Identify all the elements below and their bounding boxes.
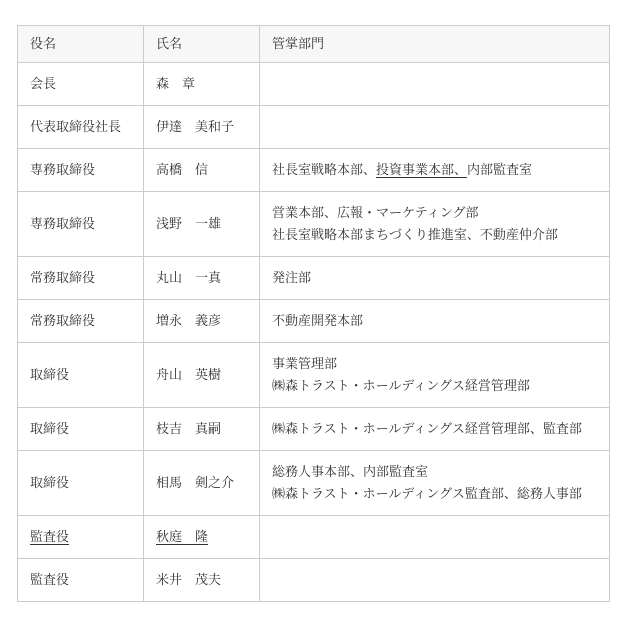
table-body: 会長森 章代表取締役社長伊達 美和子専務取締役高橋 信社長室戦略本部、投資事業本… (18, 63, 610, 602)
department-segment: 社長室戦略本部まちづくり推進室、不動産仲介部 (272, 227, 558, 242)
name-cell: 米井 茂夫 (144, 559, 260, 602)
departments-cell: ㈱森トラスト・ホールディングス経営管理部、監査部 (260, 408, 610, 451)
name-text: 高橋 信 (156, 162, 208, 177)
department-line: 社長室戦略本部、投資事業本部、内部監査室 (272, 159, 597, 181)
name-text: 秋庭 隆 (156, 529, 208, 544)
department-line: ㈱森トラスト・ホールディングス経営管理部 (272, 375, 597, 397)
departments-cell: 営業本部、広報・マーケティング部社長室戦略本部まちづくり推進室、不動産仲介部 (260, 192, 610, 257)
department-segment: ㈱森トラスト・ホールディングス経営管理部、監査部 (272, 421, 582, 436)
department-segment: 総務人事本部、内部監査室 (272, 464, 428, 479)
role-text: 監査役 (30, 529, 69, 544)
name-cell: 秋庭 隆 (144, 516, 260, 559)
table-row: 監査役秋庭 隆 (18, 516, 610, 559)
department-segment: 内部監査室 (467, 162, 532, 177)
department-line: 社長室戦略本部まちづくり推進室、不動産仲介部 (272, 224, 597, 246)
table-row: 常務取締役増永 義彦不動産開発本部 (18, 300, 610, 343)
role-text: 代表取締役社長 (30, 119, 121, 134)
role-cell: 常務取締役 (18, 257, 144, 300)
role-text: 監査役 (30, 572, 69, 587)
role-text: 専務取締役 (30, 162, 95, 177)
name-cell: 相馬 剣之介 (144, 451, 260, 516)
table-header: 役名 氏名 管掌部門 (18, 26, 610, 63)
table-row: 常務取締役丸山 一真発注部 (18, 257, 610, 300)
department-line: 事業管理部 (272, 353, 597, 375)
name-text: 米井 茂夫 (156, 572, 221, 587)
header-row: 役名 氏名 管掌部門 (18, 26, 610, 63)
header-departments: 管掌部門 (260, 26, 610, 63)
departments-cell: 総務人事本部、内部監査室㈱森トラスト・ホールディングス監査部、総務人事部 (260, 451, 610, 516)
department-segment: 投資事業本部、 (376, 162, 467, 177)
department-segment: 発注部 (272, 270, 311, 285)
name-text: 舟山 英樹 (156, 367, 221, 382)
name-cell: 高橋 信 (144, 149, 260, 192)
role-cell: 取締役 (18, 343, 144, 408)
table-row: 取締役相馬 剣之介総務人事本部、内部監査室㈱森トラスト・ホールディングス監査部、… (18, 451, 610, 516)
table-row: 代表取締役社長伊達 美和子 (18, 106, 610, 149)
name-text: 枝吉 真嗣 (156, 421, 221, 436)
name-cell: 枝吉 真嗣 (144, 408, 260, 451)
table-row: 専務取締役浅野 一雄営業本部、広報・マーケティング部社長室戦略本部まちづくり推進… (18, 192, 610, 257)
departments-cell: 社長室戦略本部、投資事業本部、内部監査室 (260, 149, 610, 192)
role-cell: 監査役 (18, 559, 144, 602)
role-cell: 常務取締役 (18, 300, 144, 343)
name-cell: 伊達 美和子 (144, 106, 260, 149)
role-text: 会長 (30, 76, 56, 91)
role-text: 常務取締役 (30, 313, 95, 328)
executives-table-container: 役名 氏名 管掌部門 会長森 章代表取締役社長伊達 美和子専務取締役高橋 信社長… (17, 25, 610, 602)
departments-cell (260, 63, 610, 106)
department-line: ㈱森トラスト・ホールディングス監査部、総務人事部 (272, 483, 597, 505)
departments-cell: 事業管理部㈱森トラスト・ホールディングス経営管理部 (260, 343, 610, 408)
department-segment: ㈱森トラスト・ホールディングス監査部、総務人事部 (272, 486, 582, 501)
department-segment: 社長室戦略本部、 (272, 162, 376, 177)
department-line: ㈱森トラスト・ホールディングス経営管理部、監査部 (272, 418, 597, 440)
role-cell: 取締役 (18, 451, 144, 516)
role-cell: 会長 (18, 63, 144, 106)
departments-cell: 不動産開発本部 (260, 300, 610, 343)
role-cell: 代表取締役社長 (18, 106, 144, 149)
table-row: 取締役枝吉 真嗣㈱森トラスト・ホールディングス経営管理部、監査部 (18, 408, 610, 451)
name-text: 森 章 (156, 76, 195, 91)
role-text: 常務取締役 (30, 270, 95, 285)
name-text: 増永 義彦 (156, 313, 221, 328)
departments-cell (260, 516, 610, 559)
role-text: 取締役 (30, 475, 69, 490)
role-text: 取締役 (30, 421, 69, 436)
departments-cell: 発注部 (260, 257, 610, 300)
name-cell: 舟山 英樹 (144, 343, 260, 408)
department-line: 総務人事本部、内部監査室 (272, 461, 597, 483)
name-cell: 増永 義彦 (144, 300, 260, 343)
name-text: 相馬 剣之介 (156, 475, 234, 490)
name-cell: 浅野 一雄 (144, 192, 260, 257)
department-line: 発注部 (272, 267, 597, 289)
executives-table: 役名 氏名 管掌部門 会長森 章代表取締役社長伊達 美和子専務取締役高橋 信社長… (17, 25, 610, 602)
table-row: 専務取締役高橋 信社長室戦略本部、投資事業本部、内部監査室 (18, 149, 610, 192)
table-row: 取締役舟山 英樹事業管理部㈱森トラスト・ホールディングス経営管理部 (18, 343, 610, 408)
department-segment: 不動産開発本部 (272, 313, 363, 328)
name-text: 伊達 美和子 (156, 119, 234, 134)
department-segment: 事業管理部 (272, 356, 337, 371)
role-cell: 専務取締役 (18, 192, 144, 257)
name-text: 丸山 一真 (156, 270, 221, 285)
department-line: 営業本部、広報・マーケティング部 (272, 202, 597, 224)
role-cell: 専務取締役 (18, 149, 144, 192)
departments-cell (260, 106, 610, 149)
name-cell: 森 章 (144, 63, 260, 106)
table-row: 会長森 章 (18, 63, 610, 106)
header-role: 役名 (18, 26, 144, 63)
role-text: 専務取締役 (30, 216, 95, 231)
role-cell: 取締役 (18, 408, 144, 451)
departments-cell (260, 559, 610, 602)
name-cell: 丸山 一真 (144, 257, 260, 300)
header-name: 氏名 (144, 26, 260, 63)
department-segment: 営業本部、広報・マーケティング部 (272, 205, 478, 220)
department-segment: ㈱森トラスト・ホールディングス経営管理部 (272, 378, 530, 393)
department-line: 不動産開発本部 (272, 310, 597, 332)
table-row: 監査役米井 茂夫 (18, 559, 610, 602)
role-cell: 監査役 (18, 516, 144, 559)
name-text: 浅野 一雄 (156, 216, 221, 231)
role-text: 取締役 (30, 367, 69, 382)
